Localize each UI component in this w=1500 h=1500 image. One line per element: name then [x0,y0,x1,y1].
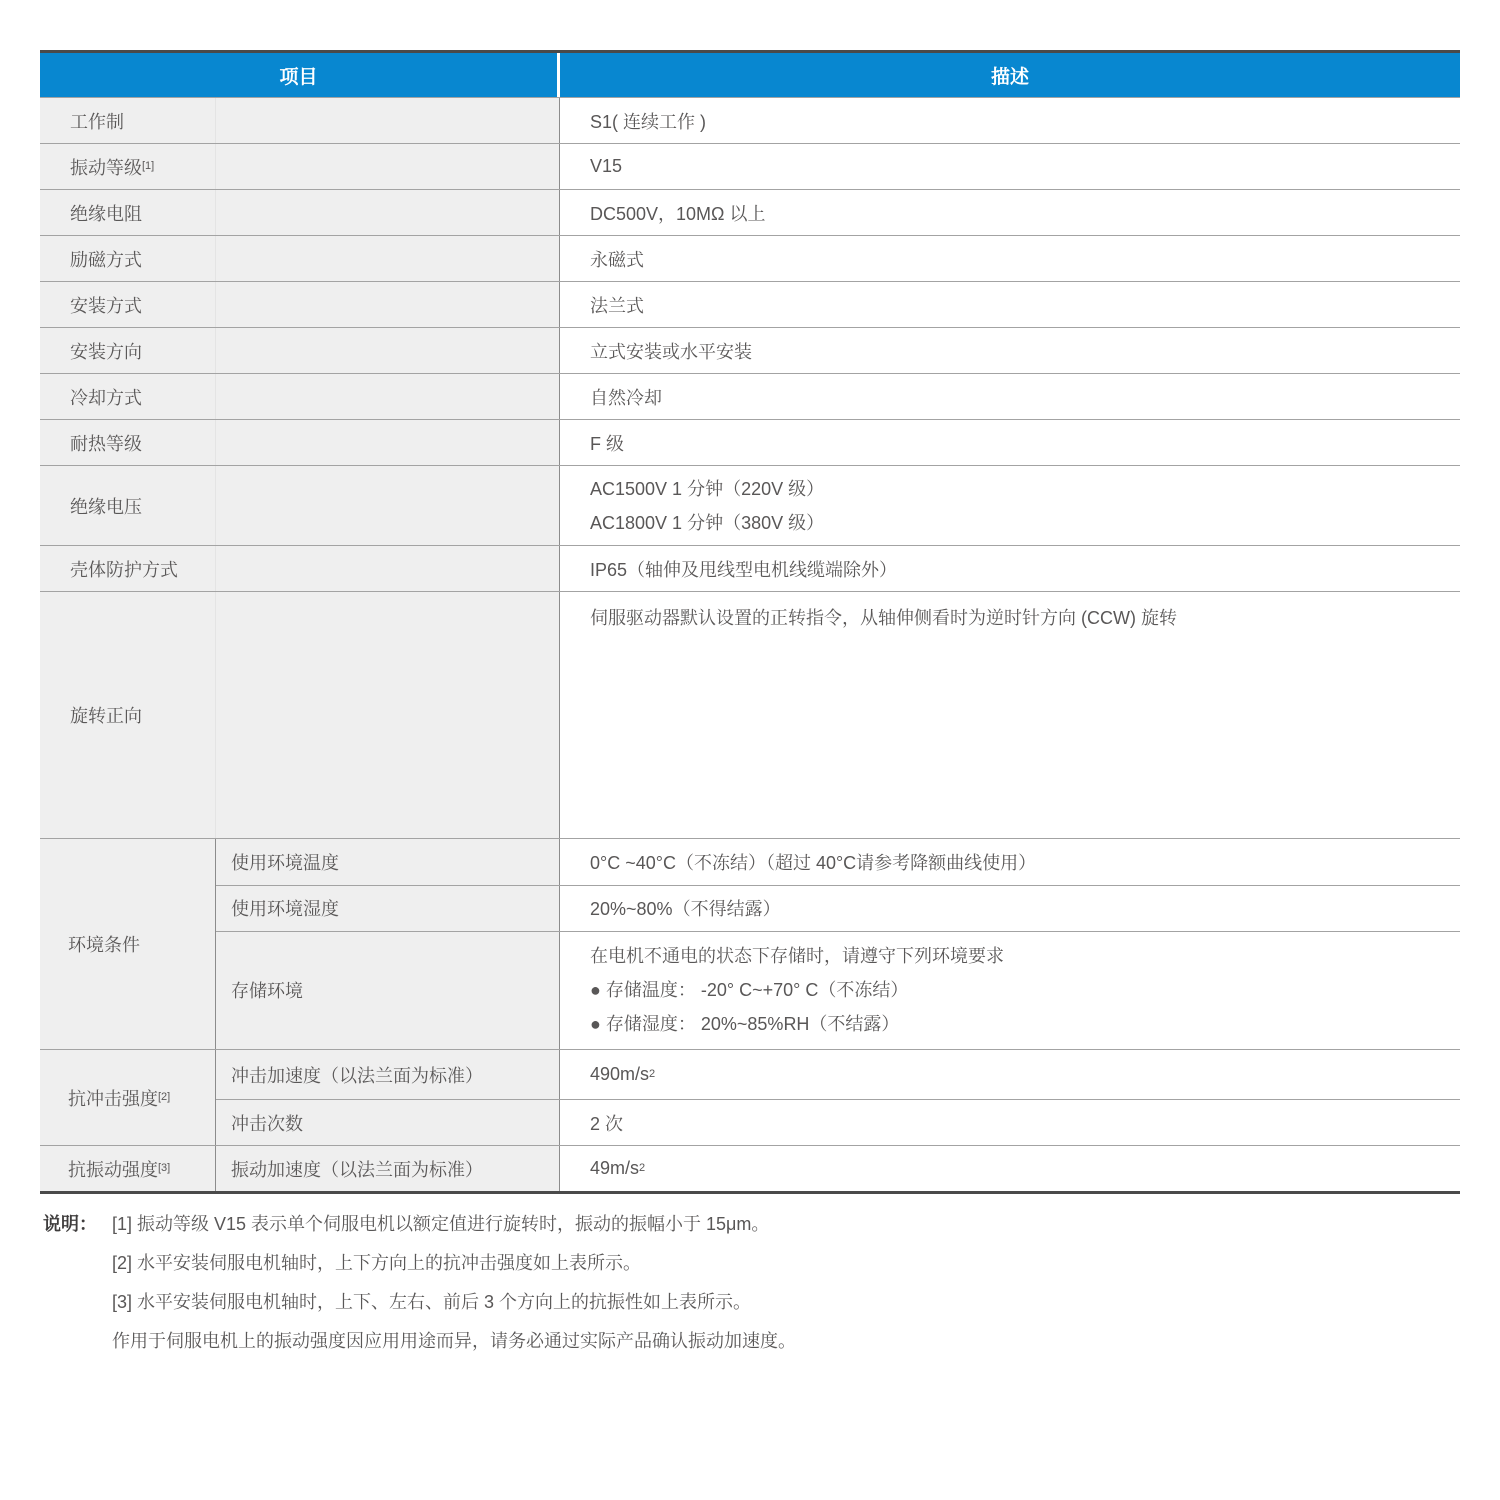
table-row: 工作制 S1( 连续工作 ) [40,97,1460,143]
sub-row-desc: 2 次 [560,1100,1460,1145]
sub-row-label: 使用环境湿度 [216,886,560,931]
sub-row-desc: 49m/s2 [560,1146,1460,1191]
footnote-line: 作用于伺服电机上的振动强度因应用用途而异，请务必通过实际产品确认振动加速度。 [112,1322,796,1361]
table-header: 项目 描述 [40,53,1460,97]
table-row: 耐热等级 F 级 [40,419,1460,465]
desc-line: ● 存储湿度： 20%~85%RH（不结露） [590,1007,899,1041]
row-desc: DC500V，10MΩ 以上 [560,190,1460,235]
sub-row-desc: 0°C ~40°C（不冻结）（超过 40°C请参考降额曲线使用） [560,839,1460,885]
table-row: 励磁方式 永磁式 [40,235,1460,281]
row-desc: V15 [560,144,1460,189]
section-row-shock: 抗冲击强度[2] 冲击加速度（以法兰面为标准） 490m/s2 冲击次数 2 次 [40,1049,1460,1145]
header-item-column: 项目 [40,53,560,97]
table-row: 绝缘电压 AC1500V 1 分钟（220V 级） AC1800V 1 分钟（3… [40,465,1460,545]
row-item-label: 冷却方式 [40,374,560,419]
section-label: 抗振动强度[3] [40,1146,216,1191]
footnotes: 说明： [1] 振动等级 V15 表示单个伺服电机以额定值进行旋转时，振动的振幅… [43,1205,796,1361]
row-desc: IP65（轴伸及甩线型电机线缆端除外） [560,546,1460,591]
header-desc-column: 描述 [560,53,1460,97]
sub-row-desc: 20%~80%（不得结露） [560,886,1460,931]
table-row: 旋转正向 伺服驱动器默认设置的正转指令，从轴伸侧看时为逆时针方向 (CCW) 旋… [40,591,1460,838]
desc-line: ● 存储温度： -20° C~+70° C（不冻结） [590,973,908,1007]
sub-row: 冲击加速度（以法兰面为标准） 490m/s2 [216,1050,1460,1099]
sub-row-label: 振动加速度（以法兰面为标准） [216,1146,560,1191]
row-desc: F 级 [560,420,1460,465]
section-subrows: 使用环境温度 0°C ~40°C（不冻结）（超过 40°C请参考降额曲线使用） … [216,839,1460,1049]
sub-row-desc: 490m/s2 [560,1050,1460,1099]
row-item-label: 励磁方式 [40,236,560,281]
section-label: 抗冲击强度[2] [40,1050,216,1145]
desc-line: 在电机不通电的状态下存储时，请遵守下列环境要求 [590,939,1004,973]
spec-table: 项目 描述 工作制 S1( 连续工作 ) 振动等级[1] V15 绝缘电阻 DC… [40,50,1460,1194]
row-item-label: 振动等级[1] [40,144,560,189]
row-item-label: 安装方向 [40,328,560,373]
row-desc: AC1500V 1 分钟（220V 级） AC1800V 1 分钟（380V 级… [560,466,1460,545]
section-label: 环境条件 [40,839,216,1049]
table-row: 振动等级[1] V15 [40,143,1460,189]
section-subrows: 冲击加速度（以法兰面为标准） 490m/s2 冲击次数 2 次 [216,1050,1460,1145]
sub-row: 冲击次数 2 次 [216,1099,1460,1145]
sub-row: 使用环境湿度 20%~80%（不得结露） [216,885,1460,931]
table-row: 安装方式 法兰式 [40,281,1460,327]
row-desc: 永磁式 [560,236,1460,281]
row-item-label: 耐热等级 [40,420,560,465]
row-item-label: 绝缘电阻 [40,190,560,235]
footnote-line: [3] 水平安装伺服电机轴时，上下、左右、前后 3 个方向上的抗振性如上表所示。 [112,1283,796,1322]
row-desc: S1( 连续工作 ) [560,98,1460,143]
row-desc: 伺服驱动器默认设置的正转指令，从轴伸侧看时为逆时针方向 (CCW) 旋转 [560,592,1460,838]
table-row: 冷却方式 自然冷却 [40,373,1460,419]
table-row: 绝缘电阻 DC500V，10MΩ 以上 [40,189,1460,235]
sub-row-label: 存储环境 [216,932,560,1049]
row-desc: 自然冷却 [560,374,1460,419]
section-row-environment: 环境条件 使用环境温度 0°C ~40°C（不冻结）（超过 40°C请参考降额曲… [40,838,1460,1049]
sub-row: 存储环境 在电机不通电的状态下存储时，请遵守下列环境要求 ● 存储温度： -20… [216,931,1460,1049]
row-item-label: 旋转正向 [40,592,560,838]
row-item-label: 工作制 [40,98,560,143]
row-item-label: 壳体防护方式 [40,546,560,591]
footnote-line: [2] 水平安装伺服电机轴时，上下方向上的抗冲击强度如上表所示。 [112,1244,796,1283]
sub-row-label: 冲击加速度（以法兰面为标准） [216,1050,560,1099]
table-row: 壳体防护方式 IP65（轴伸及甩线型电机线缆端除外） [40,545,1460,591]
sub-row-label: 使用环境温度 [216,839,560,885]
section-row-vibration: 抗振动强度[3] 振动加速度（以法兰面为标准） 49m/s2 [40,1145,1460,1191]
footnote-lines: [1] 振动等级 V15 表示单个伺服电机以额定值进行旋转时，振动的振幅小于 1… [112,1205,796,1361]
footnotes-label: 说明： [43,1205,112,1361]
sub-row: 使用环境温度 0°C ~40°C（不冻结）（超过 40°C请参考降额曲线使用） [216,839,1460,885]
desc-line: AC1500V 1 分钟（220V 级） [590,472,824,506]
row-item-label: 绝缘电压 [40,466,560,545]
row-item-label: 安装方式 [40,282,560,327]
sub-row-label: 冲击次数 [216,1100,560,1145]
desc-line: AC1800V 1 分钟（380V 级） [590,506,824,540]
page: 项目 描述 工作制 S1( 连续工作 ) 振动等级[1] V15 绝缘电阻 DC… [0,0,1500,1500]
row-desc: 立式安装或水平安装 [560,328,1460,373]
sub-row-desc: 在电机不通电的状态下存储时，请遵守下列环境要求 ● 存储温度： -20° C~+… [560,932,1460,1049]
footnote-line: [1] 振动等级 V15 表示单个伺服电机以额定值进行旋转时，振动的振幅小于 1… [112,1205,796,1244]
table-row: 安装方向 立式安装或水平安装 [40,327,1460,373]
row-desc: 法兰式 [560,282,1460,327]
